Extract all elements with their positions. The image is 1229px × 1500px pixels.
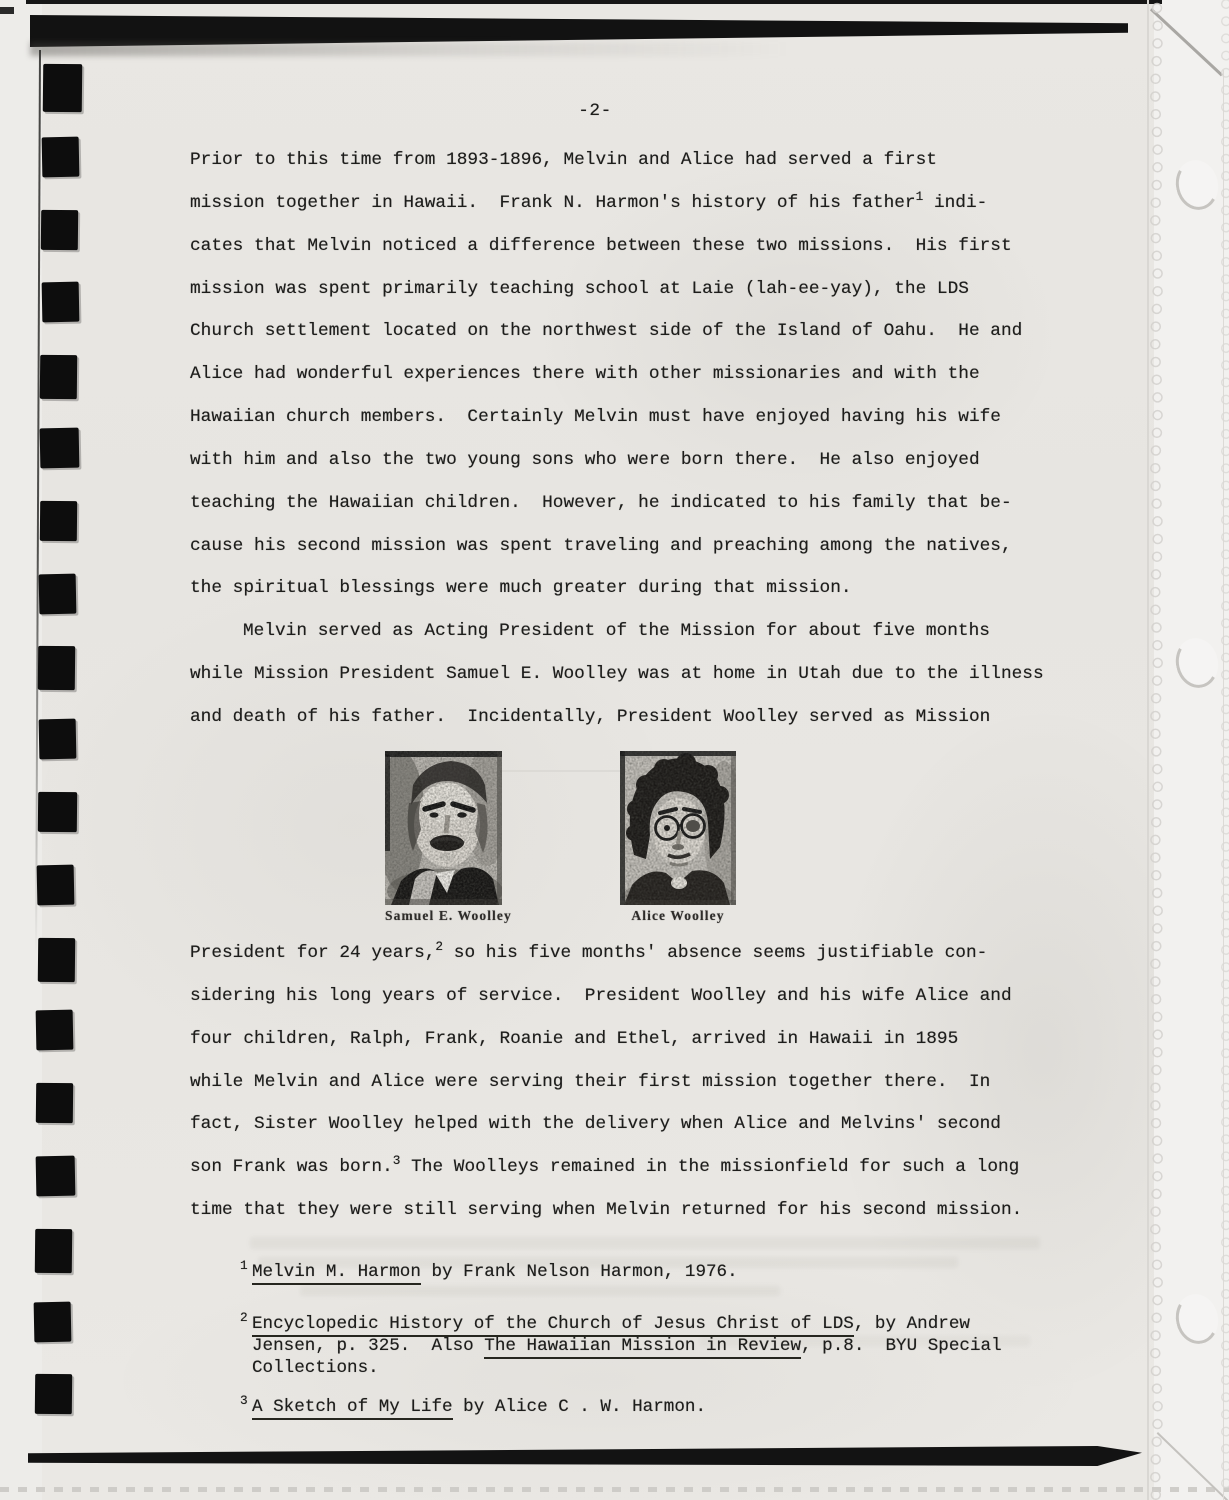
typewritten-line: and death of his father. Incidentally, P… [190,696,1070,739]
photo-caption-samuel: Samuel E. Woolley [385,908,502,924]
footnote-1: 1Melvin M. Harmon by Frank Nelson Harmon… [252,1261,1082,1283]
typewritten-line: cates that Melvin noticed a difference b… [190,225,1070,268]
underlined-title: Encyclopedic History of the Church of Je… [252,1314,854,1337]
text-segment: Melvin served as Acting President of the… [243,621,990,641]
text-segment: The Woolleys remained in the missionfiel… [400,1157,1019,1177]
text-segment: by Frank Nelson Harmon, 1976. [421,1262,738,1282]
typewritten-line: teaching the Hawaiian children. However,… [190,482,1070,525]
text-segment: Collections. [252,1358,379,1378]
text-segment: Church settlement located on the northwe… [190,321,1022,341]
text-segment: cause his second mission was spent trave… [190,536,1012,556]
text-segment: Jensen, p. 325. Also [252,1336,484,1356]
text-segment: son Frank was born. [190,1157,393,1177]
typewritten-line: Prior to this time from 1893-1896, Melvi… [190,139,1070,182]
superscript-footnote-ref: 2 [435,939,443,954]
samuel-woolley-halftone [385,751,502,905]
footnote-3: 3A Sketch of My Life by Alice C . W. Har… [252,1396,1082,1418]
footnote-marker: 2 [240,1307,248,1329]
underlined-title: Melvin M. Harmon [252,1262,421,1285]
text-segment: time that they were still serving when M… [190,1200,1022,1220]
alice-woolley-photo: Alice Woolley [620,751,736,924]
text-segment: Hawaiian church members. Certainly Melvi… [190,407,1001,427]
text-segment: by Alice C . W. Harmon. [453,1397,706,1417]
text-segment: Alice had wonderful experiences there wi… [190,364,980,384]
body-text-block: President for 24 years,2 so his five mon… [190,932,1070,1232]
text-segment: President for 24 years, [190,943,435,963]
superscript-footnote-ref: 3 [393,1153,401,1168]
text-segment: fact, Sister Woolley helped with the del… [190,1114,1001,1134]
text-segment: the spiritual blessings were much greate… [190,578,852,598]
text-segment: , p.8. BYU Special [801,1336,1002,1356]
typewritten-line: mission was spent primarily teaching sch… [190,268,1070,311]
footnote-line: Collections. [252,1357,1082,1379]
text-segment: , by Andrew [854,1314,970,1334]
text-segment: teaching the Hawaiian children. However,… [190,493,1012,513]
underlined-title: A Sketch of My Life [252,1397,453,1420]
text-segment: mission together in Hawaii. Frank N. Har… [190,193,916,213]
typewritten-line: mission together in Hawaii. Frank N. Har… [190,182,1070,225]
text-segment: while Mission President Samuel E. Woolle… [190,664,1044,684]
typewritten-line: President for 24 years,2 so his five mon… [190,932,1070,975]
text-segment: indi- [923,193,987,213]
footnote-2: 2Encyclopedic History of the Church of J… [252,1313,1082,1380]
text-segment: so his five months' absence seems justif… [443,943,987,963]
footnote-marker: 3 [240,1390,248,1412]
typewritten-line: sidering his long years of service. Pres… [190,975,1070,1018]
samuel-woolley-photo: Samuel E. Woolley [385,751,502,924]
footnote-line: 2Encyclopedic History of the Church of J… [252,1313,1082,1335]
typewritten-line: Hawaiian church members. Certainly Melvi… [190,396,1070,439]
text-segment: sidering his long years of service. Pres… [190,986,1012,1006]
text-segment: mission was spent primarily teaching sch… [190,279,969,299]
text-segment: four children, Ralph, Frank, Roanie and … [190,1029,958,1049]
typewritten-line: four children, Ralph, Frank, Roanie and … [190,1018,1070,1061]
footnote-line: Jensen, p. 325. Also The Hawaiian Missio… [252,1335,1082,1357]
page-number: -2- [190,101,1000,121]
body-text-block: Prior to this time from 1893-1896, Melvi… [190,139,1070,739]
typewritten-line: Church settlement located on the northwe… [190,310,1070,353]
typewritten-line: time that they were still serving when M… [190,1189,1070,1232]
typewritten-line: fact, Sister Woolley helped with the del… [190,1103,1070,1146]
text-segment: Prior to this time from 1893-1896, Melvi… [190,150,937,170]
typewritten-line: with him and also the two young sons who… [190,439,1070,482]
typewritten-line: while Melvin and Alice were serving thei… [190,1061,1070,1104]
photo-divider-mark [502,770,620,772]
typewritten-line: Melvin served as Acting President of the… [190,610,1070,653]
typewritten-line: cause his second mission was spent trave… [190,525,1070,568]
typewritten-line: Alice had wonderful experiences there wi… [190,353,1070,396]
photo-caption-alice: Alice Woolley [620,908,736,924]
superscript-footnote-ref: 1 [916,189,924,204]
text-segment: cates that Melvin noticed a difference b… [190,236,1012,256]
alice-woolley-halftone [620,751,736,905]
underlined-title: The Hawaiian Mission in Review [484,1336,801,1359]
typewritten-line: while Mission President Samuel E. Woolle… [190,653,1070,696]
typewritten-line: the spiritual blessings were much greate… [190,567,1070,610]
footnote-line: 1Melvin M. Harmon by Frank Nelson Harmon… [252,1261,1082,1283]
text-segment: and death of his father. Incidentally, P… [190,707,990,727]
typewritten-line: son Frank was born.3 The Woolleys remain… [190,1146,1070,1189]
footnote-marker: 1 [240,1255,248,1277]
text-segment: while Melvin and Alice were serving thei… [190,1072,990,1092]
footnote-line: 3A Sketch of My Life by Alice C . W. Har… [252,1396,1082,1418]
text-segment: with him and also the two young sons who… [190,450,980,470]
